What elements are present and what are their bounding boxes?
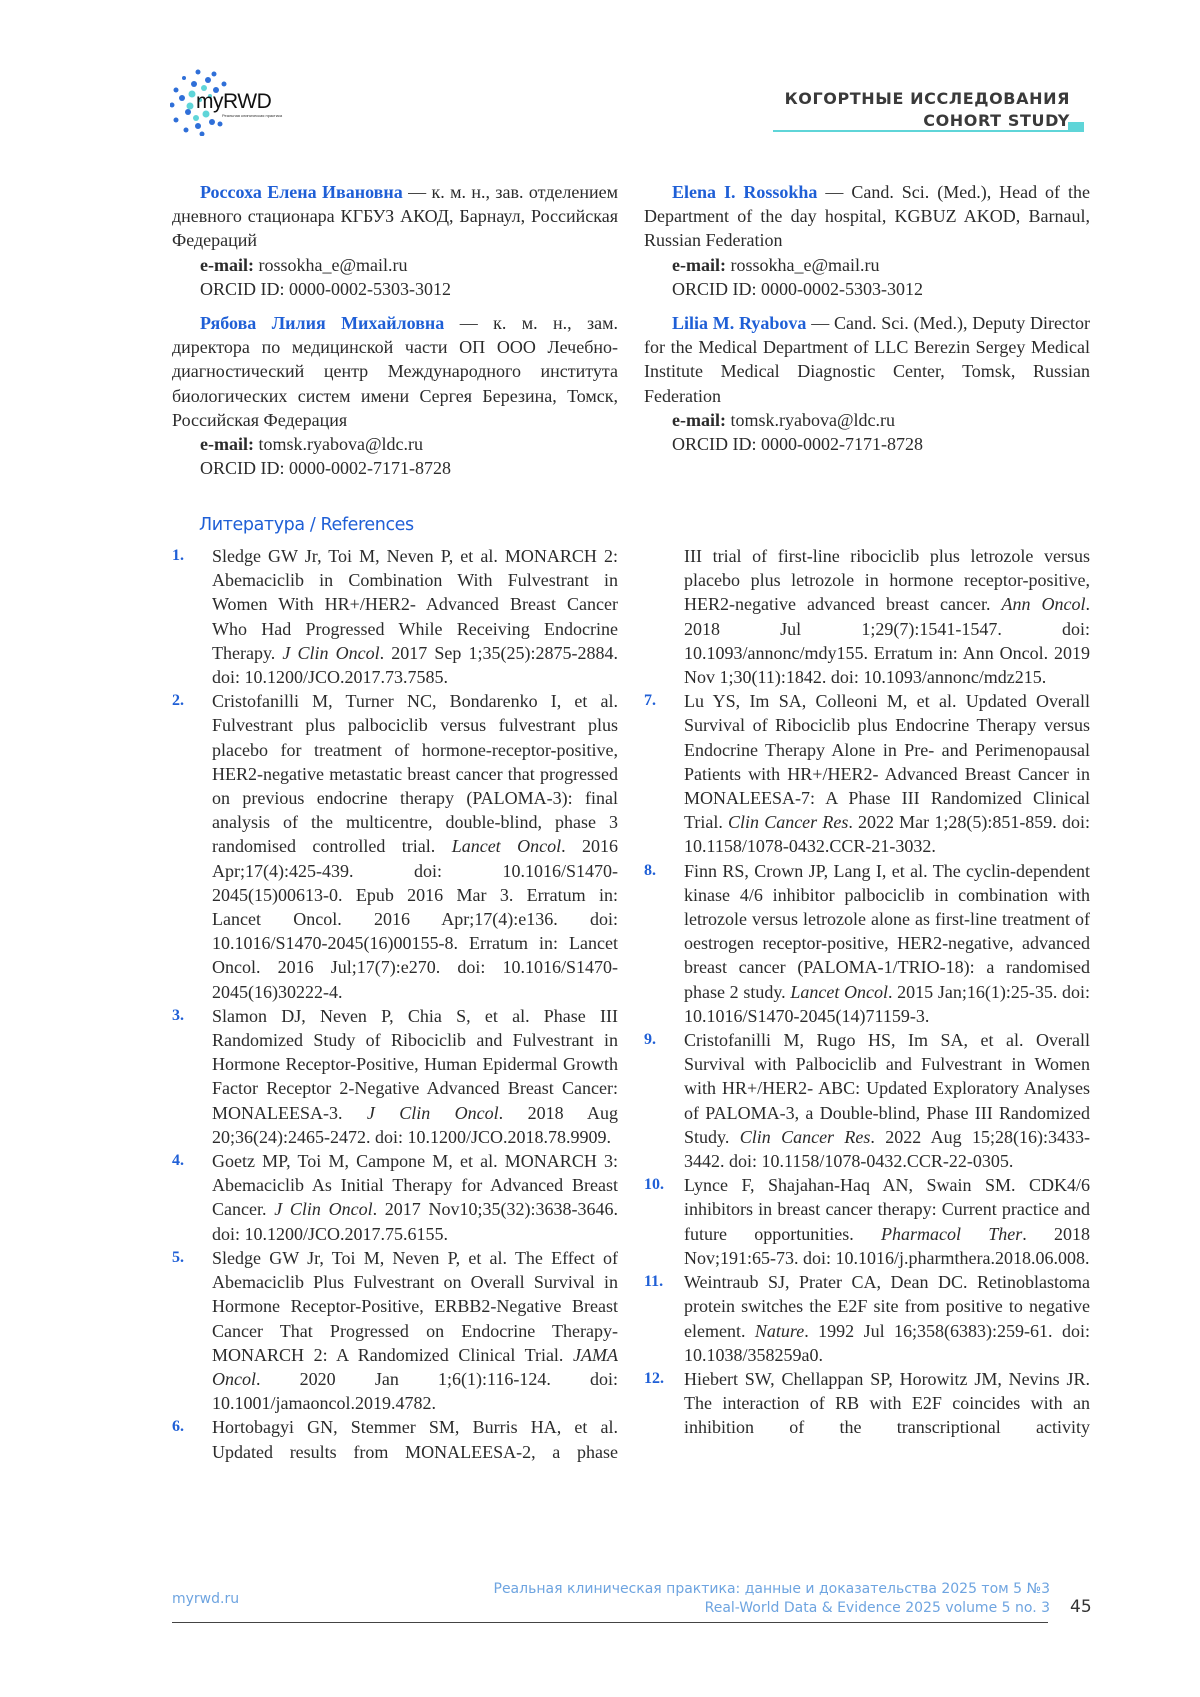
footer-journal-info: Реальная клиническая практика: данные и … [494,1580,1051,1618]
author-orcid: ORCID ID: 0000-0002-7171-8728 [644,432,1090,456]
footer-site-link[interactable]: myrwd.ru [172,1591,239,1607]
logo-subtitle: Реальная клиническая практика [222,113,282,118]
footer-journal-en: Real-World Data & Evidence 2025 volume 5… [494,1599,1051,1618]
section-tag: КОГОРТНЫЕ ИССЛЕДОВАНИЯ COHORT STUDY [785,88,1070,132]
author-orcid: ORCID ID: 0000-0002-5303-3012 [172,277,618,301]
reference-item: 9.Cristofanilli M, Rugo HS, Im SA, et al… [644,1028,1090,1173]
reference-item: 6.Hortobagyi GN, Stemmer SM, Burris HA, … [172,1415,618,1463]
reference-item: 11.Weintraub SJ, Prater CA, Dean DC. Ret… [644,1270,1090,1367]
authors-ru: Россоха Елена Ивановна — к. м. н., зав. … [172,180,618,480]
author-ru-2: Рябова Лилия Михайловна — к. м. н., зам.… [172,311,618,480]
reference-journal: Nature [755,1321,804,1341]
reference-item: 8.Finn RS, Crown JP, Lang I, et al. The … [644,859,1090,1028]
author-email: tomsk.ryabova@ldc.ru [726,410,895,430]
reference-item-continued: III trial of first-line ribociclib plus … [644,544,1090,689]
author-name: Elena I. Rossokha [672,182,817,202]
reference-number: 7. [644,689,656,713]
section-tag-ru: КОГОРТНЫЕ ИССЛЕДОВАНИЯ [785,88,1070,110]
reference-number: 4. [172,1149,184,1173]
reference-item: 12.Hiebert SW, Chellappan SP, Horowitz J… [644,1367,1090,1440]
reference-text: Cristofanilli M, Turner NC, Bondarenko I… [212,691,618,856]
authors-en: Elena I. Rossokha — Cand. Sci. (Med.), H… [644,180,1090,456]
reference-text: Sledge GW Jr, Toi M, Neven P, et al. The… [212,1248,618,1365]
reference-number: 10. [644,1173,664,1197]
author-email: tomsk.ryabova@ldc.ru [254,434,423,454]
reference-number: 9. [644,1028,656,1052]
author-name: Россоха Елена Ивановна [200,182,403,202]
references-column-right: III trial of first-line ribociclib plus … [644,544,1090,1440]
reference-number: 5. [172,1246,184,1270]
reference-text: Finn RS, Crown JP, Lang I, et al. The cy… [684,861,1090,1002]
reference-item: 2.Cristofanilli M, Turner NC, Bondarenko… [172,689,618,1004]
reference-details: . 2016 Apr;17(4):425-439. doi: 10.1016/S… [212,836,618,1001]
section-tag-en: COHORT STUDY [785,110,1070,132]
author-orcid: ORCID ID: 0000-0002-5303-3012 [644,277,1090,301]
section-tag-rule [773,130,1083,132]
reference-text: Hortobagyi GN, Stemmer SM, Burris HA, et… [212,1417,618,1461]
section-tag-block [1068,122,1084,132]
reference-journal: J Clin Oncol [282,643,379,663]
reference-number: 3. [172,1004,184,1028]
email-label: e-mail: [672,410,726,430]
reference-number: 2. [172,689,184,713]
reference-journal: Ann Oncol [1001,594,1085,614]
reference-number: 1. [172,544,184,568]
reference-journal: J Clin Oncol [274,1199,372,1219]
references-heading: Литература / References [199,515,414,535]
author-en-2: Lilia M. Ryabova — Cand. Sci. (Med.), De… [644,311,1090,456]
email-label: e-mail: [200,255,254,275]
reference-details: . 2020 Jan 1;6(1):116-124. doi: 10.1001/… [212,1369,618,1413]
reference-number: 6. [172,1415,184,1439]
reference-item: 10.Lynce F, Shajahan-Haq AN, Swain SM. C… [644,1173,1090,1270]
reference-item: 1.Sledge GW Jr, Toi M, Neven P, et al. M… [172,544,618,689]
author-ru-1: Россоха Елена Ивановна — к. м. н., зав. … [172,180,618,301]
footer-rule [172,1622,1048,1623]
reference-item: 5.Sledge GW Jr, Toi M, Neven P, et al. T… [172,1246,618,1415]
reference-journal: Lancet Oncol [452,836,561,856]
email-label: e-mail: [672,255,726,275]
reference-journal: Clin Cancer Res [740,1127,871,1147]
reference-item: 4.Goetz MP, Toi M, Campone M, et al. MON… [172,1149,618,1246]
reference-journal: Clin Cancer Res [728,812,848,832]
author-name: Рябова Лилия Михайловна [200,313,444,333]
author-email: rossokha_e@mail.ru [726,255,880,275]
logo-text: myRWD [196,90,271,114]
author-email: rossokha_e@mail.ru [254,255,408,275]
reference-number: 8. [644,859,656,883]
page-number: 45 [1070,1597,1092,1617]
footer-journal-ru: Реальная клиническая практика: данные и … [494,1580,1051,1599]
reference-journal: Lancet Oncol [790,982,888,1002]
reference-number: 11. [644,1270,663,1294]
author-orcid: ORCID ID: 0000-0002-7171-8728 [172,456,618,480]
author-name: Lilia M. Ryabova [672,313,806,333]
reference-item: 7.Lu YS, Im SA, Colleoni M, et al. Updat… [644,689,1090,858]
reference-text: Hiebert SW, Chellappan SP, Horowitz JM, … [684,1369,1090,1437]
reference-number: 12. [644,1367,664,1391]
email-label: e-mail: [200,434,254,454]
author-en-1: Elena I. Rossokha — Cand. Sci. (Med.), H… [644,180,1090,301]
reference-journal: Pharmacol Ther [881,1224,1022,1244]
reference-journal: J Clin Oncol [367,1103,499,1123]
references-column-left: 1.Sledge GW Jr, Toi M, Neven P, et al. M… [172,544,618,1464]
reference-item: 3.Slamon DJ, Neven P, Chia S, et al. Pha… [172,1004,618,1149]
